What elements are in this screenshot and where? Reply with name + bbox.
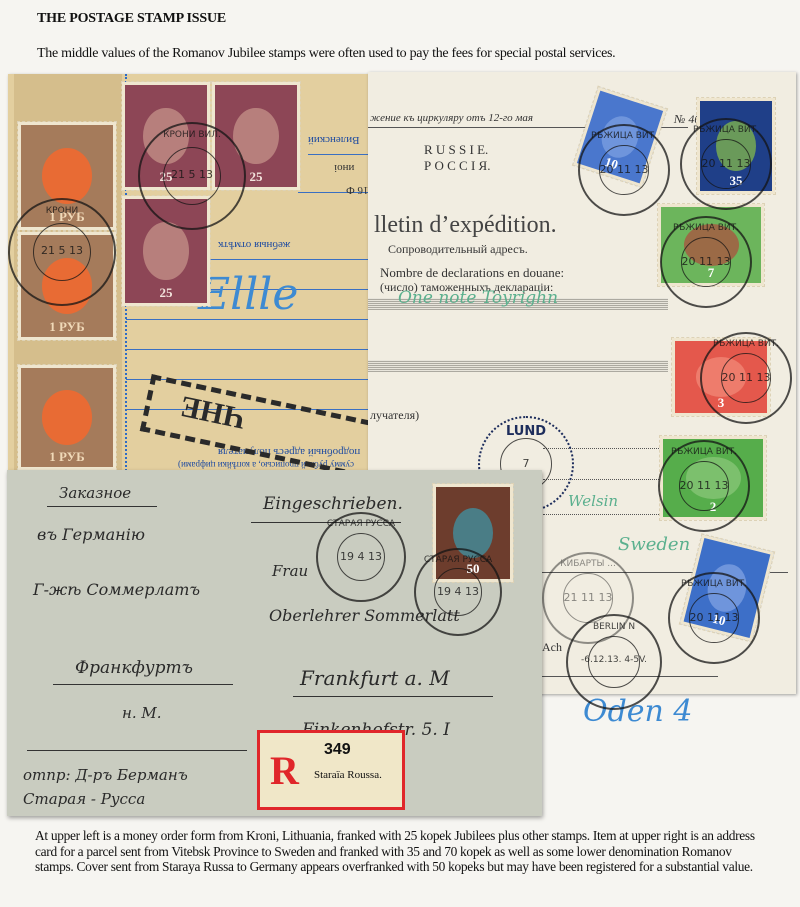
postmark-rezhitsa: РѢЖИЦА ВИТ.20 11 13 [578, 124, 670, 216]
handwriting-ru: Г-жѣ Соммерлатъ [33, 580, 200, 599]
handwritten-entry: One note Toyrighn [398, 288, 558, 308]
form-text: 16 Ф [346, 184, 368, 196]
handwriting-ru: Франкфуртъ [75, 658, 193, 678]
handwriting-de: Frankfurt a. M [300, 666, 450, 690]
postmark-staraya-russa: СТАРАЯ РУССА19 4 13 [316, 512, 406, 602]
postmark-rezhitsa: РѢЖИЦА ВИТ.20 11 13 [668, 572, 760, 664]
page-caption: At upper left is a money order form from… [35, 828, 765, 875]
registration-number: 349 [324, 741, 351, 759]
postmark-rezhitsa: РѢЖИЦА ВИТ.20 11 13 [660, 216, 752, 308]
handwriting-de: Eingeschrieben. [263, 494, 403, 514]
handwriting-ru: Заказное [59, 484, 131, 502]
handwriting-ru: н. М. [122, 704, 162, 722]
recipient-label: лучателя) [370, 408, 419, 423]
handwriting-ru: отпр: Д-ръ Берманъ [23, 766, 188, 784]
form-text: Ach [542, 640, 562, 655]
blue-handwriting: Ellle [198, 269, 298, 320]
registration-label: R 349 Staraïa Roussa. [257, 730, 405, 810]
form-text: Виленский [308, 134, 359, 146]
postmark-rezhitsa: РѢЖИЦА ВИТ.20 11 13 [680, 118, 772, 210]
form-text: иноі [334, 162, 354, 174]
postmark-berlin: BERLIN N-6.12.13. 4-5V. [566, 614, 662, 710]
customs-declarations-label-fr: Nombre de declarations en douane: [380, 265, 564, 281]
handwritten-entry: Welsin [568, 492, 618, 510]
postmark-rezhitsa: РѢЖИЦА ВИТ.20 11 13 [658, 440, 750, 532]
form-title: lletin d’expédition. [374, 212, 557, 239]
registration-town: Staraïa Roussa. [314, 769, 382, 781]
postmark-staraya-russa: СТАРАЯ РУССА19 4 13 [414, 548, 502, 636]
stamp-1-ruble: 1 РУБ [18, 365, 116, 470]
country-ru: Р О С С І Я. [424, 158, 490, 174]
page-intro: The middle values of the Romanov Jubilee… [37, 46, 615, 62]
handwriting-de: Frau [272, 562, 308, 580]
form-subtitle: Сопроводительный адресъ. [388, 242, 528, 257]
country-fr: R U S S I E. [424, 142, 488, 158]
postmark-rezhitsa: РѢЖИЦА ВИТ.20 11 13 [700, 332, 792, 424]
handwriting-ru: въ Германію [37, 525, 145, 544]
page-heading: THE POSTAGE STAMP ISSUE [37, 11, 226, 27]
postmark-kroni: КРОНИ21 5 13 [8, 198, 116, 306]
handwritten-entry: Sweden [618, 534, 690, 555]
form-text: жебныя отмѣтк [218, 239, 290, 251]
circular-line: жение къ циркуляру отъ 12-го мая [370, 112, 533, 124]
postmark-kroni: КРОНИ ВИЛ.21 5 13 [138, 122, 246, 230]
handwriting-ru: Старая - Русса [23, 790, 145, 808]
registration-letter: R [270, 747, 299, 794]
